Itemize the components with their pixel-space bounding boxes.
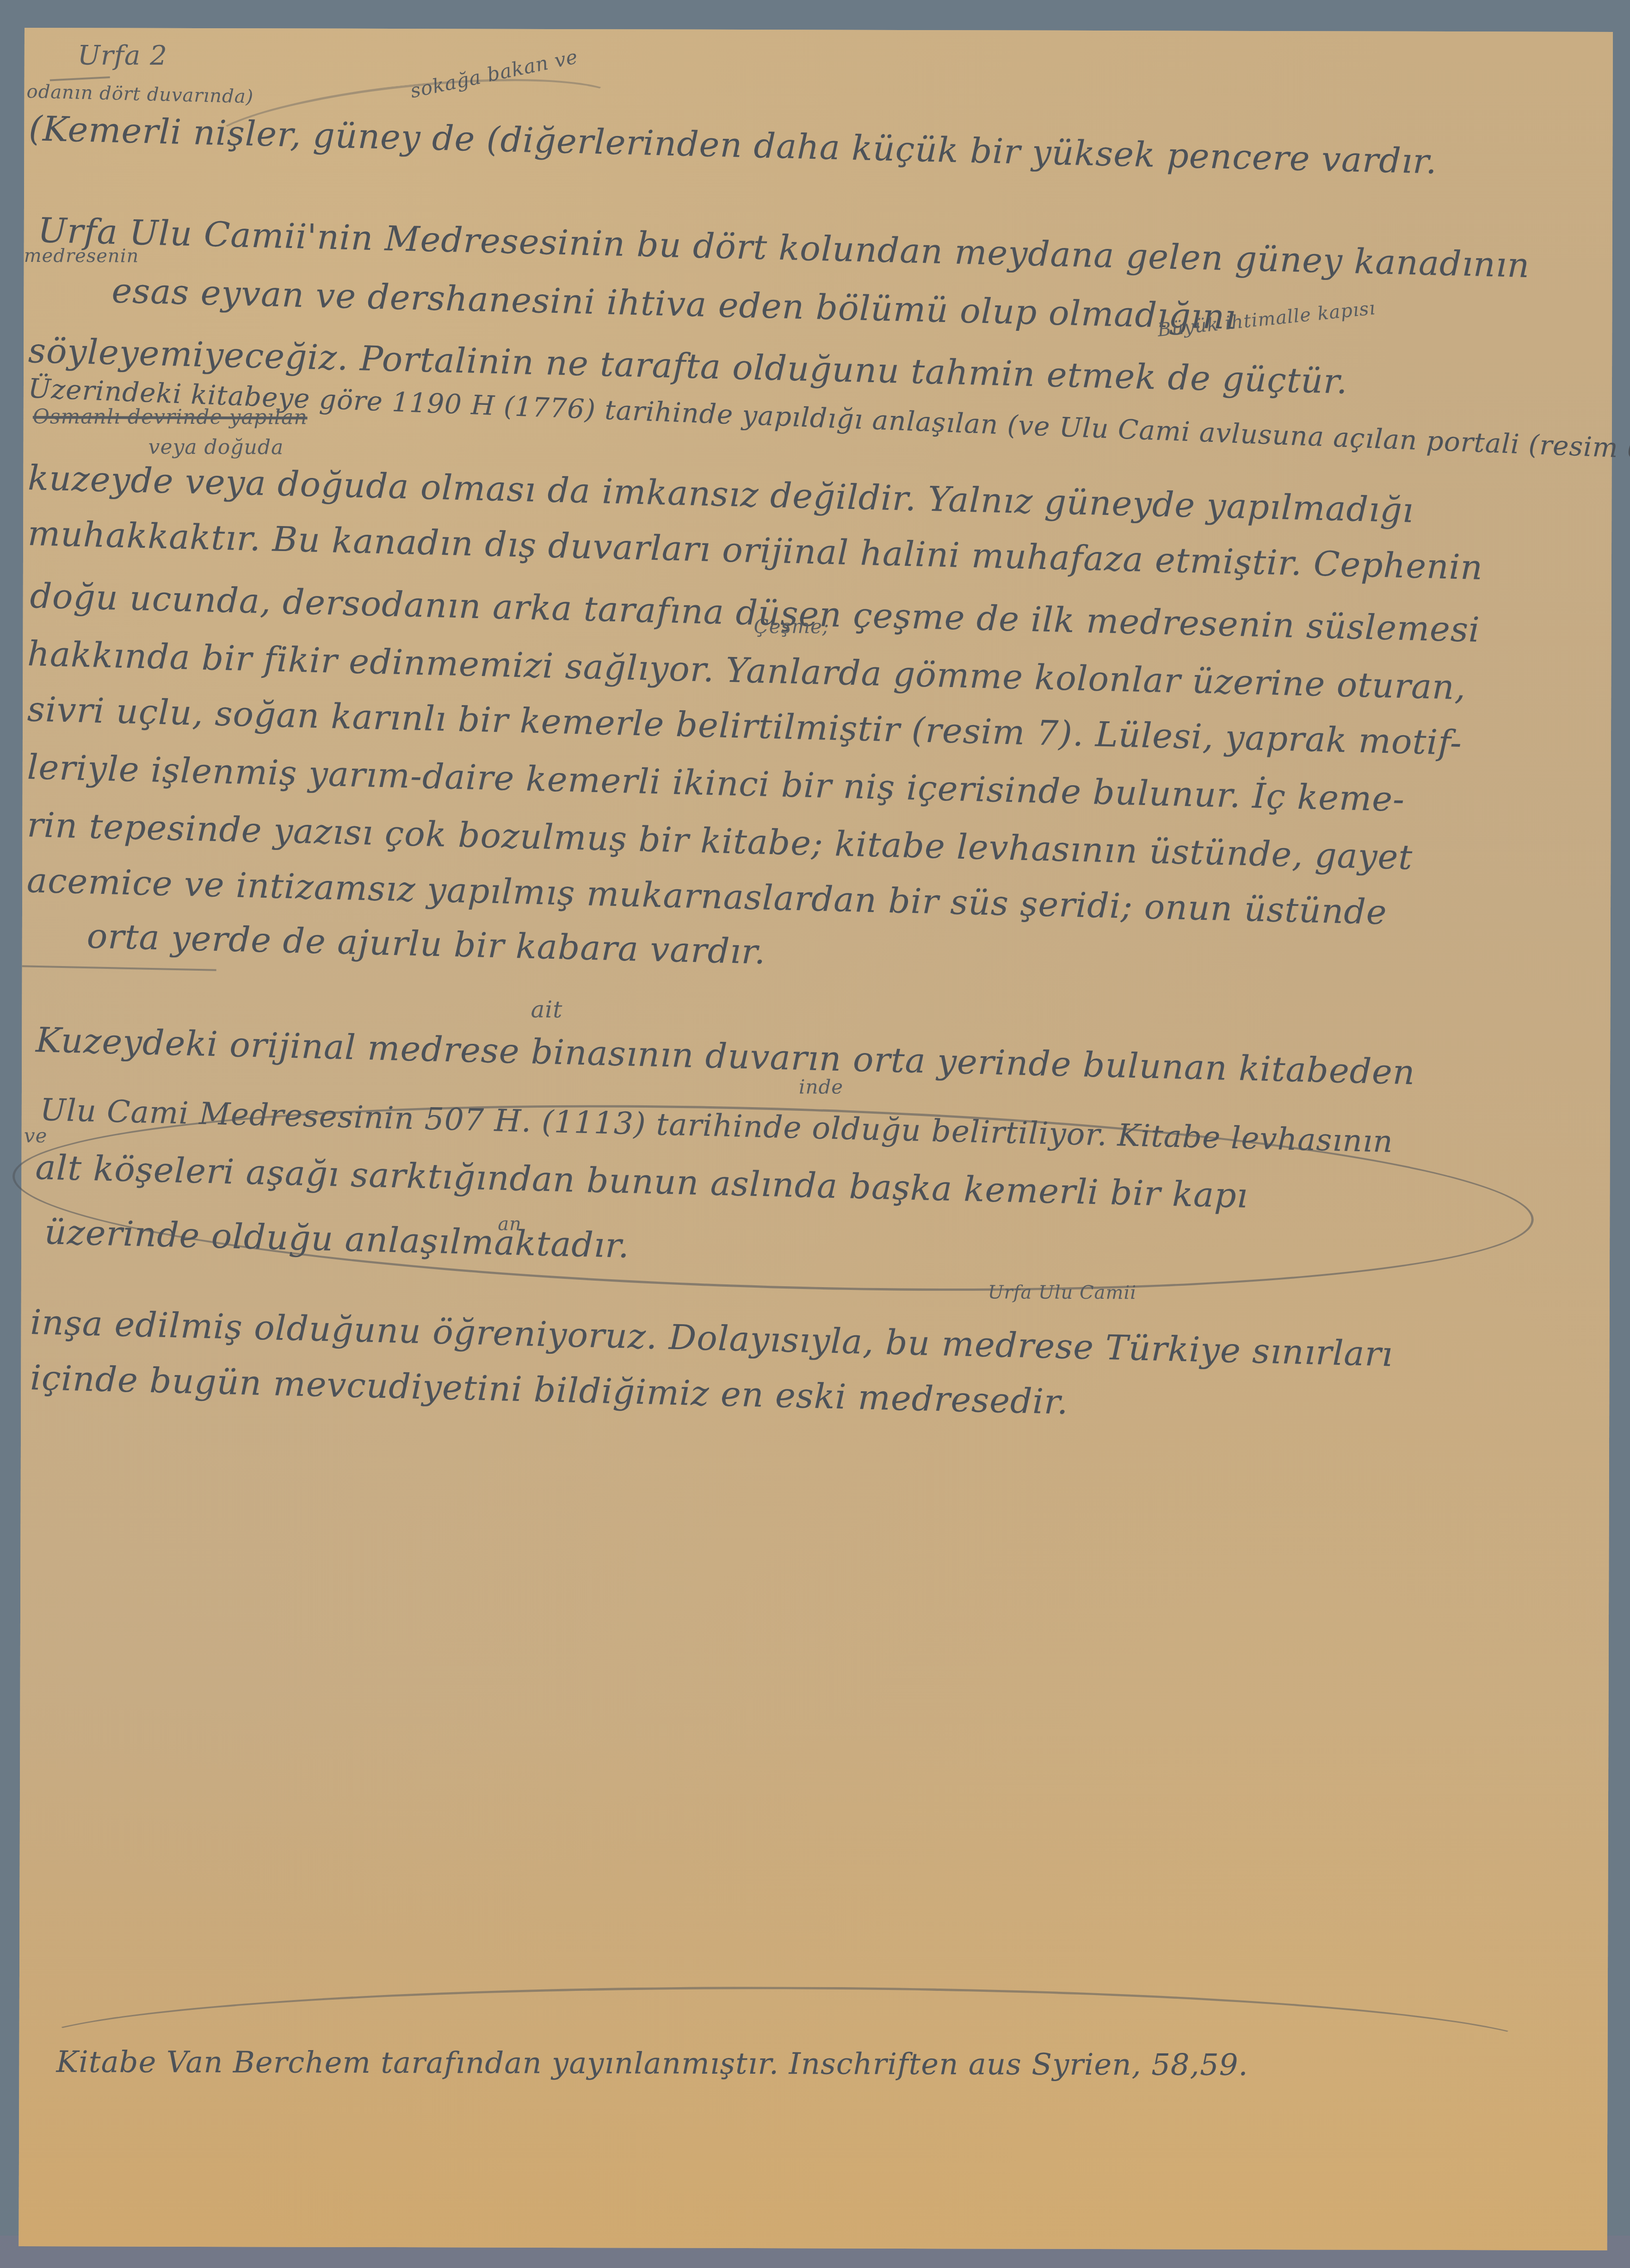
p1-line-10: leriyle işlenmiş yarım-daire kemerli iki…	[27, 747, 1405, 819]
p2-note-ait: ait	[531, 996, 562, 1023]
p2-note-urfa-ulu-camii: Urfa Ulu Camii	[988, 1282, 1136, 1303]
paragraph-divider	[22, 965, 216, 971]
manuscript-page: Urfa 2 odanın dört duvarında) sokağa bak…	[19, 28, 1613, 2250]
p1-note-veya-doguda: veya doğuda	[148, 435, 284, 459]
enclosing-loop	[10, 1086, 1536, 1310]
p1-line-2: esas eyvan ve dershanesini ihtiva eden b…	[111, 271, 1236, 337]
p2-note-inde: inde	[799, 1075, 843, 1098]
p1-line-13: orta yerde de ajurlu bir kabara vardır.	[86, 916, 766, 972]
insert-note-left: odanın dört duvarında)	[26, 81, 254, 108]
footnote: Kitabe Van Berchem tarafından yayınlanmı…	[56, 2045, 1248, 2082]
p1-note-cesme: Çeşme;	[754, 615, 830, 638]
paragraph-0-line-1: (Kemerli nişler, güney de (diğerlerinden…	[28, 109, 1438, 182]
p1-note-medresenin: medresenin	[24, 245, 139, 267]
page-title: Urfa 2	[78, 39, 167, 71]
p2-note-ve: ve	[24, 1124, 48, 1147]
p2-line-1: Kuzeydeki orijinal medrese binasının duv…	[35, 1020, 1415, 1092]
p1-note-osmanli: Osmanlı devrinde yapılan	[33, 405, 308, 429]
title-underline	[50, 76, 110, 81]
p2-line-6: içinde bugün mevcudiyetini bildiğimiz en…	[30, 1358, 1069, 1422]
